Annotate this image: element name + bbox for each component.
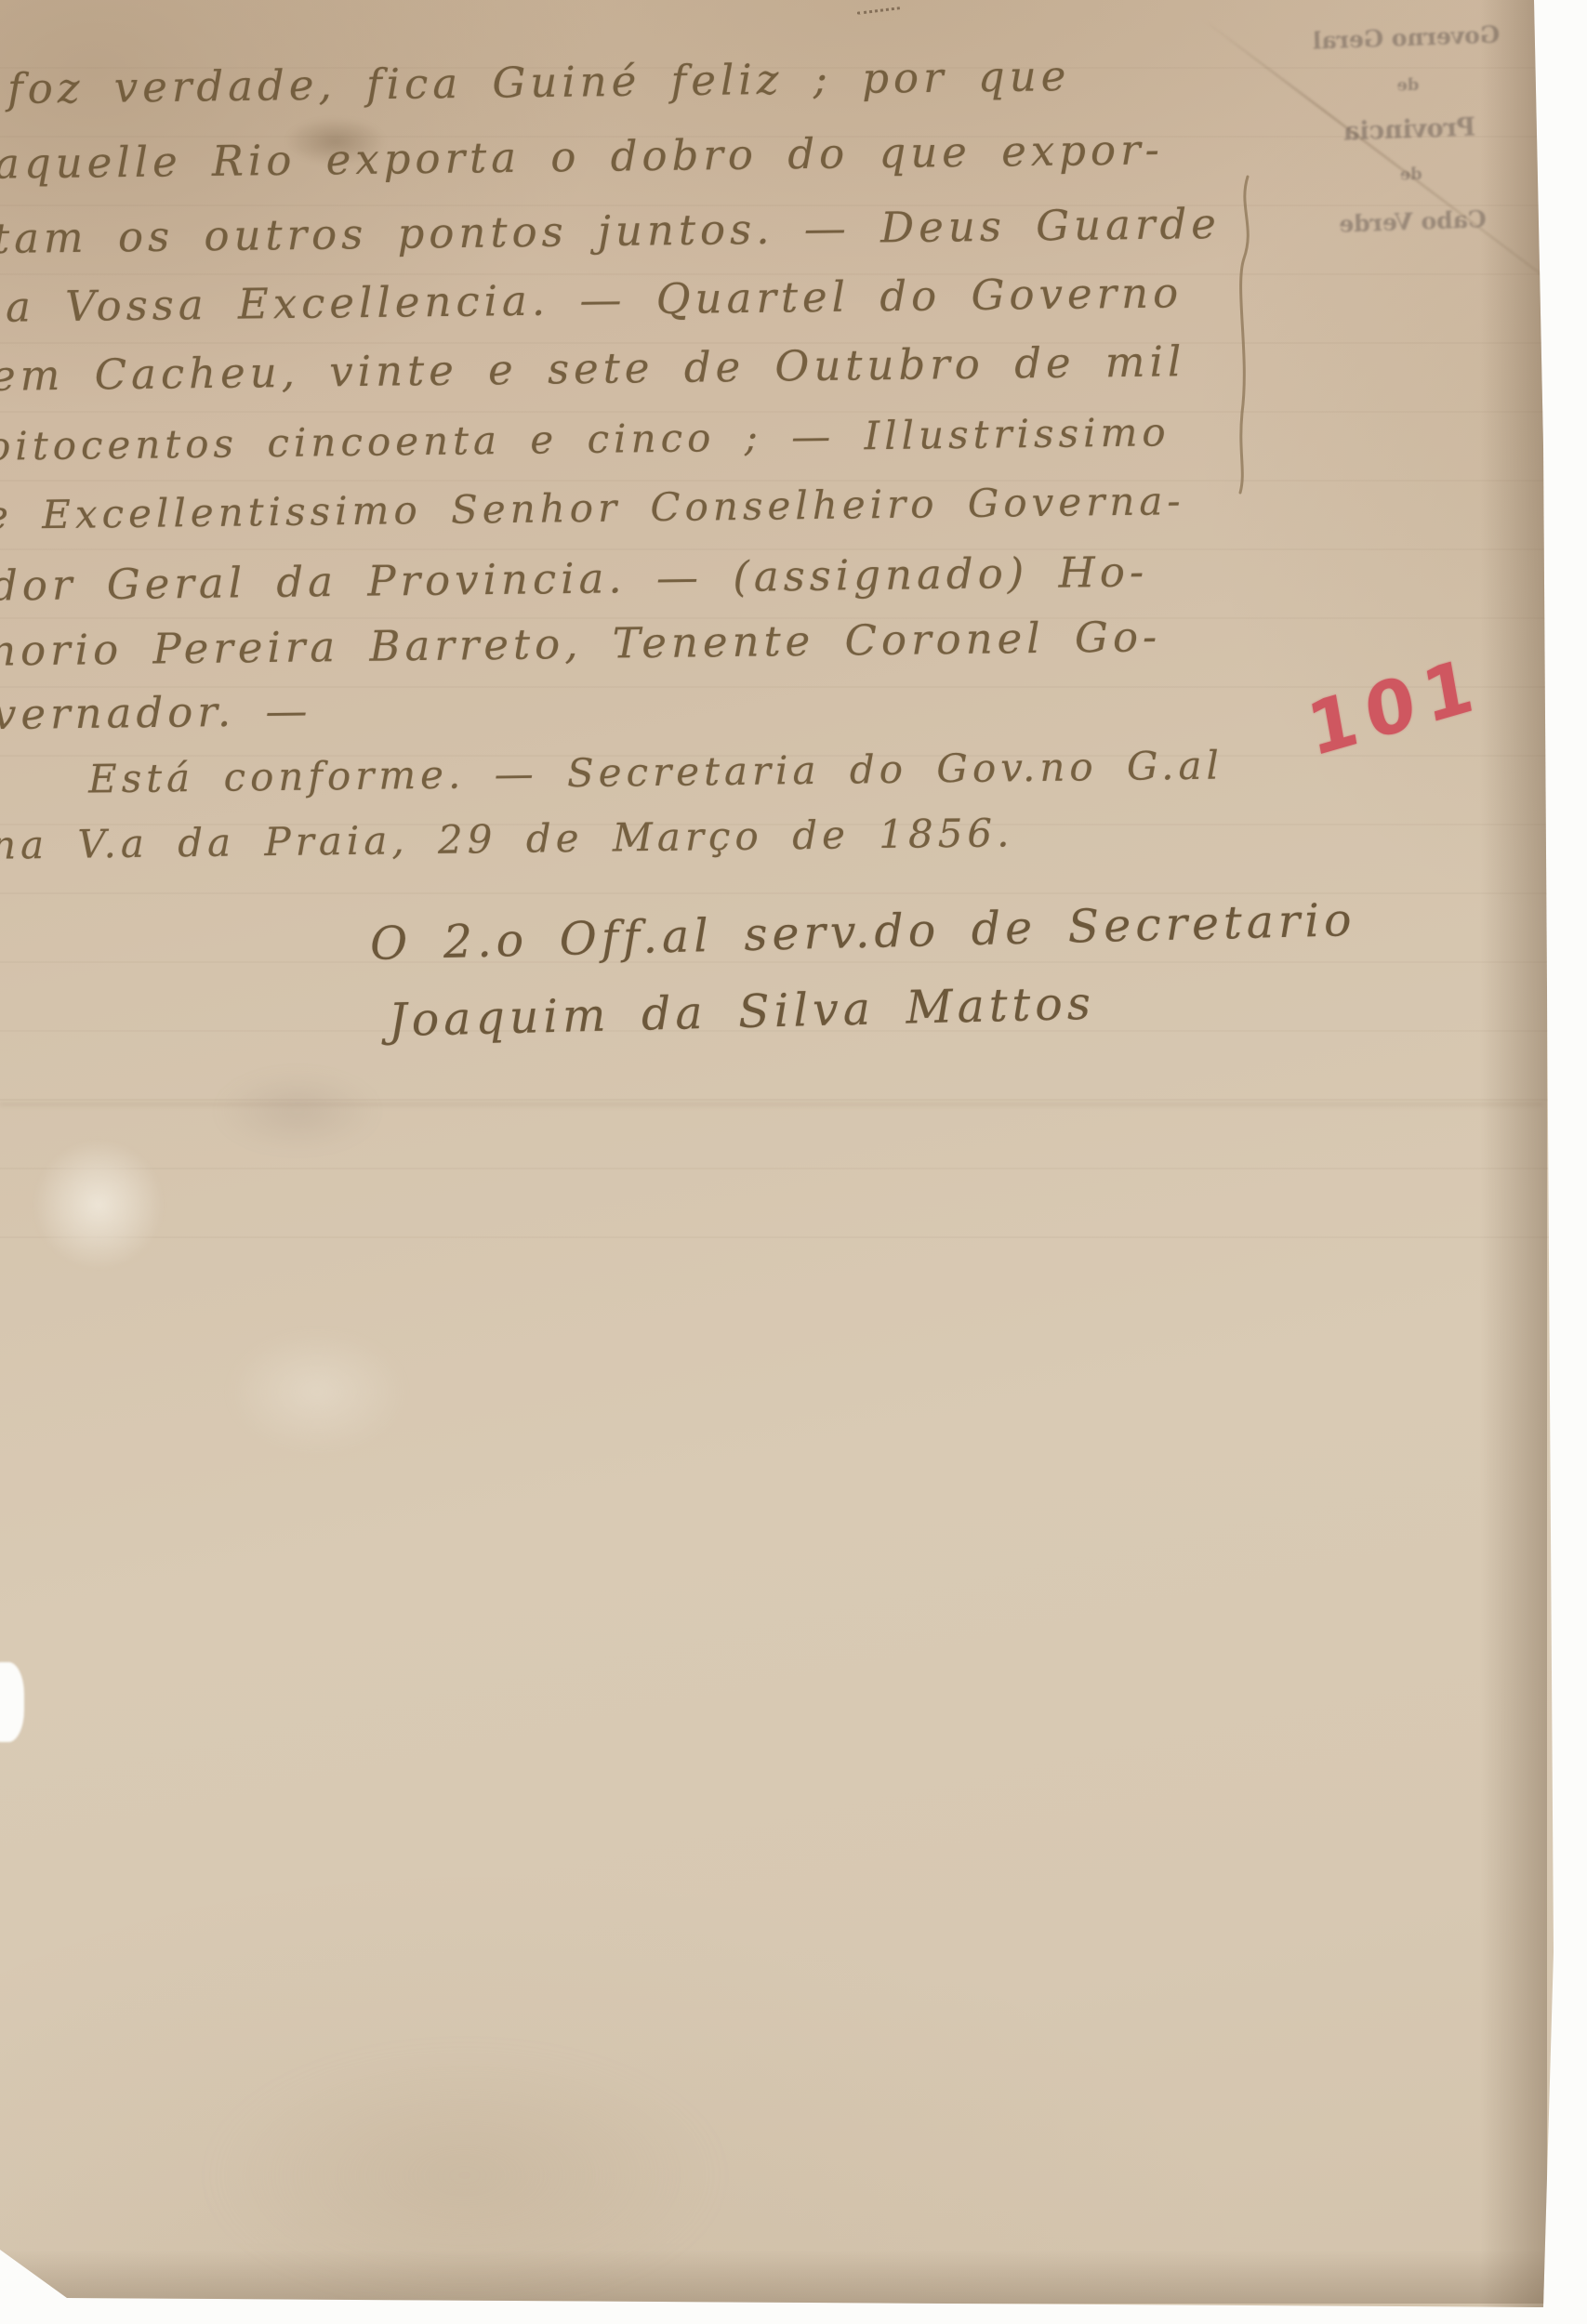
paper-edge-shadow <box>1480 0 1547 2324</box>
document-page: Governo Geral de Provincia de Cabo Verde… <box>0 0 1587 2324</box>
attestation-line: Está conforme. — Secretaria do Gov.no G.… <box>88 743 1223 802</box>
manuscript-line: e Excellentissimo Senhor Conselheiro Gov… <box>0 478 1185 538</box>
scanned-document: Governo Geral de Provincia de Cabo Verde… <box>0 0 1587 2324</box>
light-stain <box>229 1331 405 1452</box>
manuscript-line: a Vossa Excellencia. — Quartel do Govern… <box>6 268 1184 331</box>
manuscript-line: vernador. — <box>0 686 312 739</box>
attestation-line: na V.a da Praia, 29 de Março de 1856. <box>0 810 1014 867</box>
light-stain <box>33 1140 164 1270</box>
signature-name-line: Joaquim da Silva Mattos <box>388 977 1095 1048</box>
manuscript-line: foz verdade, fica Guiné feliz ; por que <box>7 51 1071 113</box>
folio-number: 101 <box>1302 641 1488 773</box>
paper-edge-shadow <box>0 2250 1587 2304</box>
manuscript-line: em Cacheu, vinte e sete de Outubro de mi… <box>0 337 1186 401</box>
signature-title-line: O 2.o Off.al serv.do de Secretario <box>369 893 1356 971</box>
manuscript-line: norio Pereira Barreto, Tenente Coronel G… <box>0 612 1162 675</box>
brace-mark <box>1225 173 1266 498</box>
top-edge-mark <box>857 7 900 15</box>
paper-fold <box>0 1103 1543 1106</box>
manuscript-line: tam os outros pontos juntos. — Deus Guar… <box>0 199 1221 263</box>
manuscript-line: aquelle Rio exporta o dobro do que expor… <box>0 125 1164 188</box>
manuscript-line: dor Geral da Provincia. — (assignado) Ho… <box>0 547 1148 610</box>
paper-tear-notch <box>0 1662 24 1742</box>
manuscript-line: oitocentos cincoenta e cinco ; — Illustr… <box>0 409 1170 469</box>
bleed-through-blot <box>214 1069 381 1153</box>
